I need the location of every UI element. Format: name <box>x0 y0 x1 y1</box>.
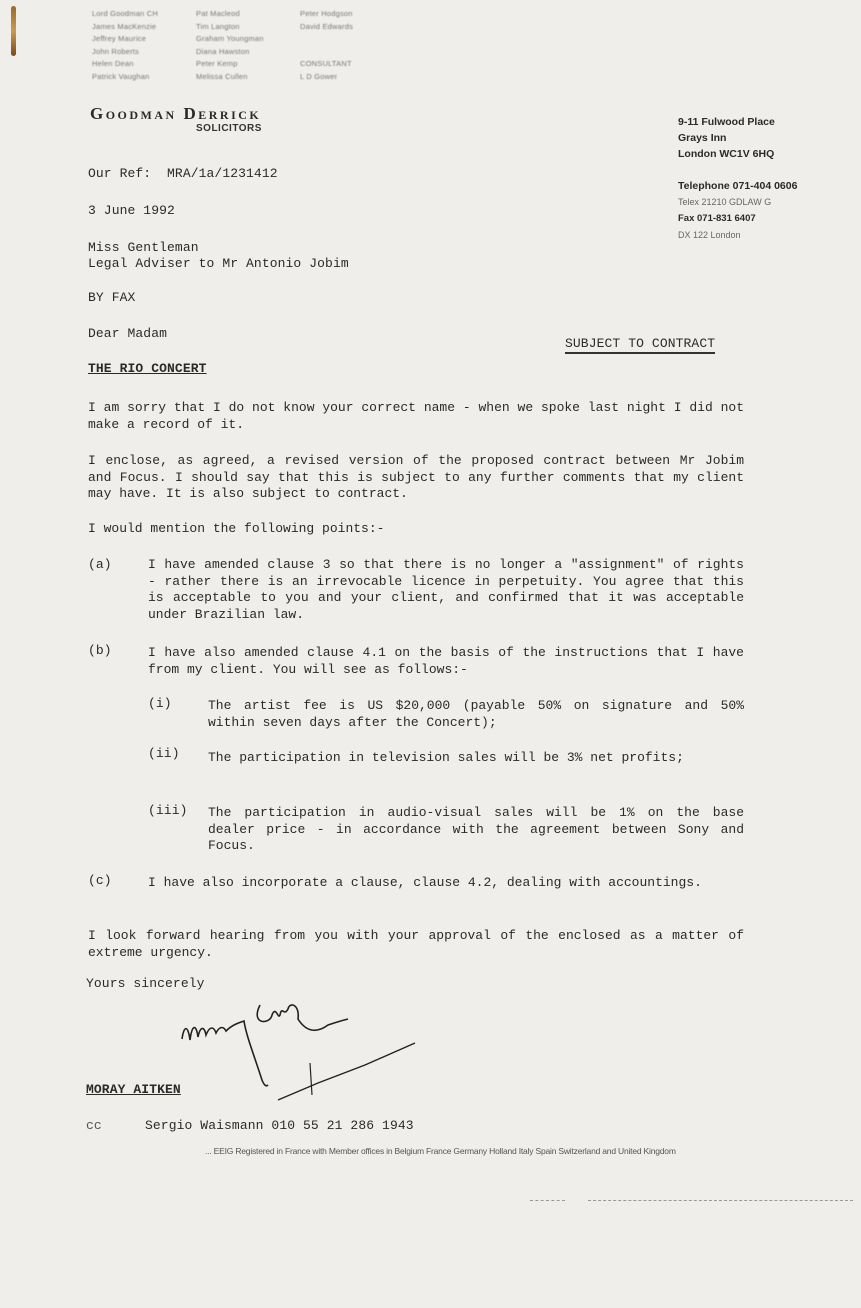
partner-name: Melissa Cullen <box>196 71 264 84</box>
partner-name: Helen Dean <box>92 58 158 71</box>
recipient-title: Legal Adviser to Mr Antonio Jobim <box>88 256 349 271</box>
partner-name: Tim Langton <box>196 21 264 34</box>
firm-name: Goodman Derrick <box>90 104 261 124</box>
partner-name: David Edwards <box>300 21 353 34</box>
subpoint-label: (iii) <box>148 803 188 818</box>
date: 3 June 1992 <box>88 203 175 218</box>
partner-name: Lord Goodman CH <box>92 8 158 21</box>
cc-recipient: Sergio Waismann 010 55 21 286 1943 <box>145 1118 414 1133</box>
valediction: Yours sincerely <box>86 976 205 991</box>
subpoint-i-text: The artist fee is US $20,000 (payable 50… <box>208 698 744 731</box>
recipient-name: Miss Gentleman <box>88 240 199 255</box>
fax: Fax 071-831 6407 <box>678 213 756 224</box>
partner-name: Peter Kemp <box>196 58 264 71</box>
subject-to-contract-stamp: SUBJECT TO CONTRACT <box>565 336 715 354</box>
telex: Telex 21210 GDLAW G <box>678 197 771 207</box>
delivery-method: BY FAX <box>88 290 135 305</box>
cc-label: cc <box>86 1118 102 1133</box>
staple-mark <box>11 6 16 56</box>
partner-name: Diana Hawston <box>196 46 264 59</box>
partner-name: John Roberts <box>92 46 158 59</box>
signatory-name: MORAY AITKEN <box>86 1082 181 1097</box>
subpoint-label: (i) <box>148 696 172 711</box>
fax-divider-line <box>530 1200 565 1201</box>
subpoint-ii-text: The participation in television sales wi… <box>208 750 744 767</box>
paragraph-2: I enclose, as agreed, a revised version … <box>88 453 744 503</box>
partner-name: James MacKenzie <box>92 21 158 34</box>
firm-subtitle: SOLICITORS <box>196 123 262 134</box>
address-line-2: Grays Inn <box>678 132 726 144</box>
fax-divider-line <box>588 1200 853 1201</box>
partner-name: Peter Hodgson <box>300 8 353 21</box>
closing-paragraph: I look forward hearing from you with you… <box>88 928 744 961</box>
telephone: Telephone 071-404 0606 <box>678 180 797 192</box>
dx-number: DX 122 London <box>678 230 741 240</box>
partner-name: Jeffrey Maurice <box>92 33 158 46</box>
point-a-text: I have amended clause 3 so that there is… <box>148 557 744 623</box>
partner-name: Graham Youngman <box>196 33 264 46</box>
consultant-name: L D Gower <box>300 71 353 84</box>
subject-heading: THE RIO CONCERT <box>88 361 207 376</box>
partners-column-2: Pat Macleod Tim Langton Graham Youngman … <box>196 8 264 83</box>
partner-name: Pat Macleod <box>196 8 264 21</box>
point-label: (a) <box>88 557 112 572</box>
point-label: (c) <box>88 873 112 888</box>
partners-column-1: Lord Goodman CH James MacKenzie Jeffrey … <box>92 8 158 83</box>
partners-column-3: Peter Hodgson David Edwards CONSULTANT L… <box>300 8 353 83</box>
paragraph-3: I would mention the following points:- <box>88 521 744 538</box>
paragraph-1: I am sorry that I do not know your corre… <box>88 400 744 433</box>
address-line-1: 9-11 Fulwood Place <box>678 116 775 128</box>
address-line-3: London WC1V 6HQ <box>678 148 774 160</box>
point-c-text: I have also incorporate a clause, clause… <box>148 875 744 892</box>
salutation: Dear Madam <box>88 326 167 341</box>
consultant-label: CONSULTANT <box>300 58 353 71</box>
partner-name: Patrick Vaughan <box>92 71 158 84</box>
signature <box>170 995 450 1105</box>
point-b-text: I have also amended clause 4.1 on the ba… <box>148 645 744 678</box>
footer-registration: ... EEIG Registered in France with Membe… <box>205 1146 676 1156</box>
subpoint-label: (ii) <box>148 746 180 761</box>
subpoint-iii-text: The participation in audio-visual sales … <box>208 805 744 855</box>
point-label: (b) <box>88 643 112 658</box>
reference: Our Ref: MRA/1a/1231412 <box>88 166 278 181</box>
